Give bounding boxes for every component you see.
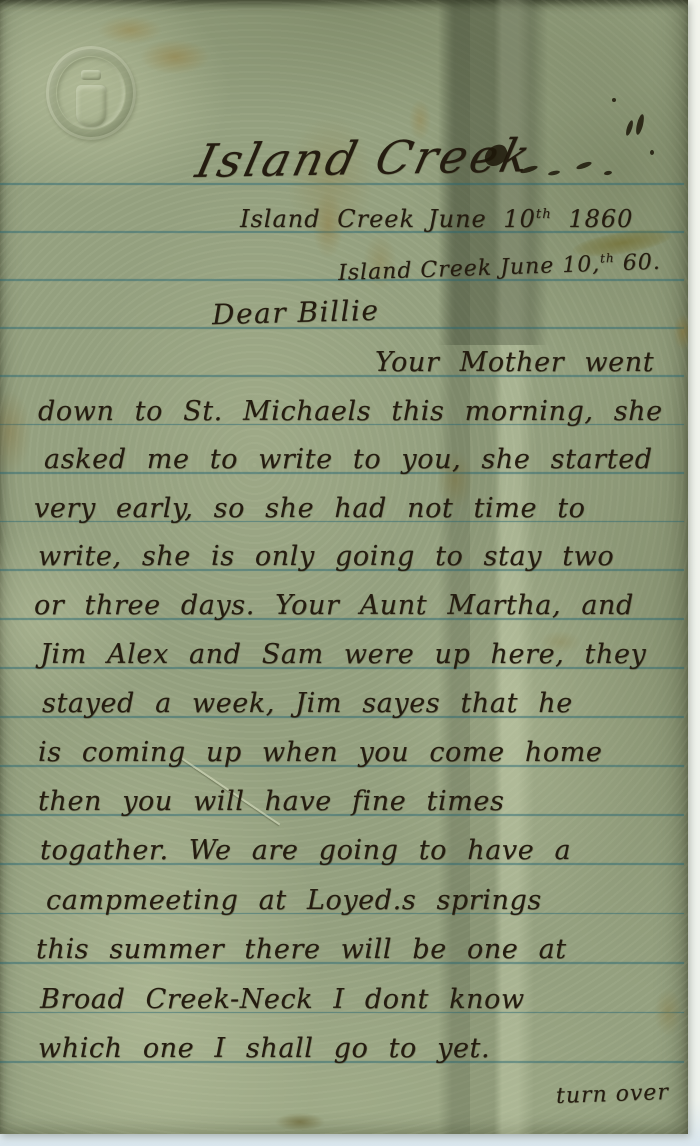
ink-dot xyxy=(650,150,654,155)
embossed-seal-icon xyxy=(46,46,136,140)
date-day: June 10 xyxy=(428,205,536,233)
date-year: 1860 xyxy=(552,205,634,233)
date-ordinal: th xyxy=(536,207,552,222)
seal-crown-mark xyxy=(81,70,101,80)
body-line: stayed a week, Jim sayes that he xyxy=(42,690,573,717)
body-line: asked me to write to you, she started xyxy=(44,446,653,473)
ink-dash xyxy=(604,170,613,175)
body-line: is coming up when you come home xyxy=(38,739,603,766)
body-line: togather. We are going to have a xyxy=(40,837,571,864)
body-line: then you will have fine times xyxy=(38,788,504,815)
ink-stroke xyxy=(625,120,635,137)
body-line: which one I shall go to yet. xyxy=(38,1035,490,1062)
dateline-place: Island Creek xyxy=(240,207,415,231)
seal-crest-shield xyxy=(76,85,106,127)
body-line: Broad Creek-Neck I dont know xyxy=(40,986,525,1013)
scanned-letter: Island Creek Island Creek June 10th 1860… xyxy=(0,0,700,1146)
body-line: Jim Alex and Sam were up here, they xyxy=(40,641,646,668)
salutation: Dear Billie xyxy=(212,297,380,329)
body-line: campmeeting at Loyed.s springs xyxy=(46,887,542,914)
body-line: or three days. Your Aunt Martha, and xyxy=(34,592,634,619)
ink-dot xyxy=(612,98,616,102)
dateline-date: June 10th 1860 xyxy=(428,207,633,231)
letter-paper: Island Creek Island Creek June 10th 1860… xyxy=(0,0,688,1134)
dateline-repeat: Island Creek June 10,th 60. xyxy=(338,250,662,285)
body-line: write, she is only going to stay two xyxy=(38,543,614,570)
turn-over-note: turn over xyxy=(556,1082,670,1108)
body-line: down to St. Michaels this morning, she xyxy=(38,398,663,425)
body-line: very early, so she had not time to xyxy=(34,495,586,522)
body-line: this summer there will be one at xyxy=(36,936,567,963)
ink-dash xyxy=(576,160,593,170)
body-line: Your Mother went xyxy=(375,349,654,376)
ink-dash xyxy=(548,170,561,176)
dateline2-text: Island Creek June 10, xyxy=(338,252,601,286)
ink-stroke xyxy=(635,114,646,136)
